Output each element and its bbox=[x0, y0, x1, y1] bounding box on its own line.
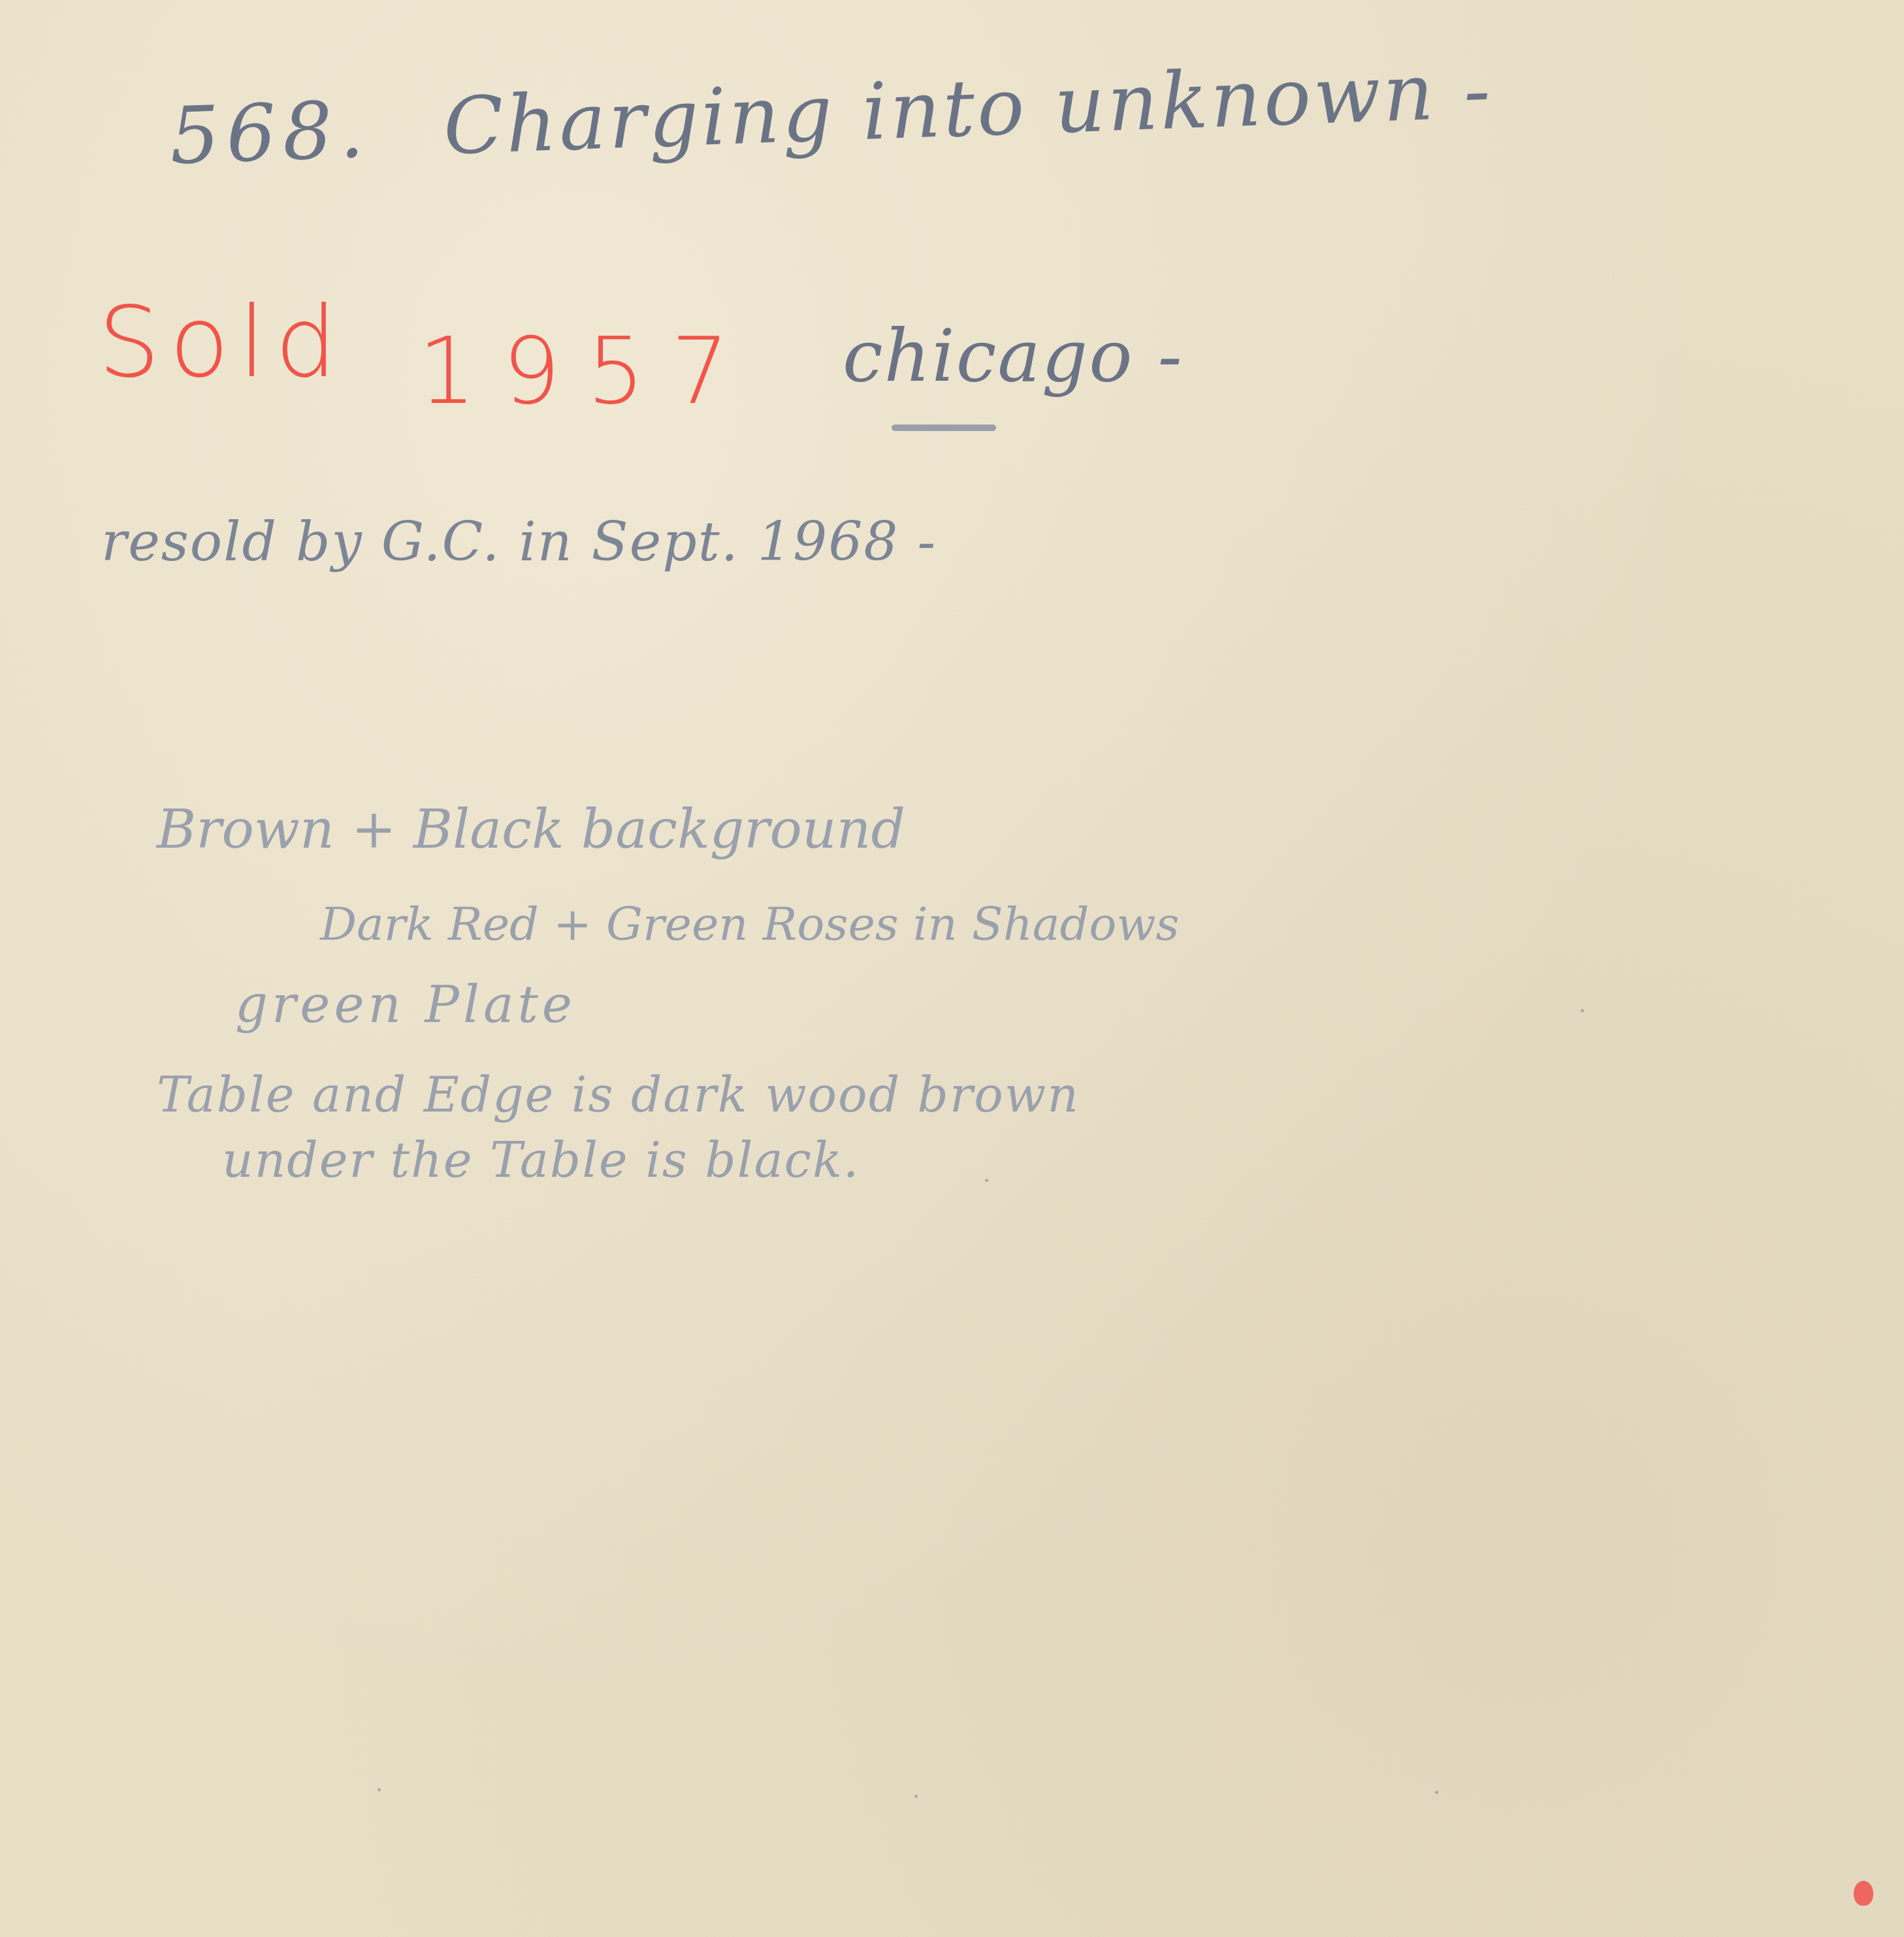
resale-note: resold by G.C. in Sept. 1968 - bbox=[101, 516, 937, 569]
description-line: Table and Edge is dark wood brown bbox=[157, 1071, 1080, 1119]
sold-year: 1957 bbox=[418, 327, 755, 418]
paper-speck bbox=[378, 1788, 381, 1791]
description-line: green Plate bbox=[235, 980, 576, 1031]
paper-speck bbox=[985, 1179, 988, 1182]
sold-label: Sold bbox=[98, 294, 346, 392]
paper-speck bbox=[914, 1795, 918, 1798]
city-underline bbox=[892, 424, 996, 431]
catalog-number: 568. bbox=[169, 84, 372, 182]
description-line: under the Table is black. bbox=[222, 1136, 860, 1185]
paper-speck bbox=[1581, 1009, 1584, 1012]
description-line: Brown + Black background bbox=[157, 803, 905, 857]
red-corner-mark bbox=[1854, 1881, 1873, 1906]
paper-speck bbox=[1435, 1791, 1438, 1794]
description-line: Dark Red + Green Roses in Shadows bbox=[320, 901, 1179, 947]
sale-city: chicago - bbox=[843, 320, 1184, 392]
